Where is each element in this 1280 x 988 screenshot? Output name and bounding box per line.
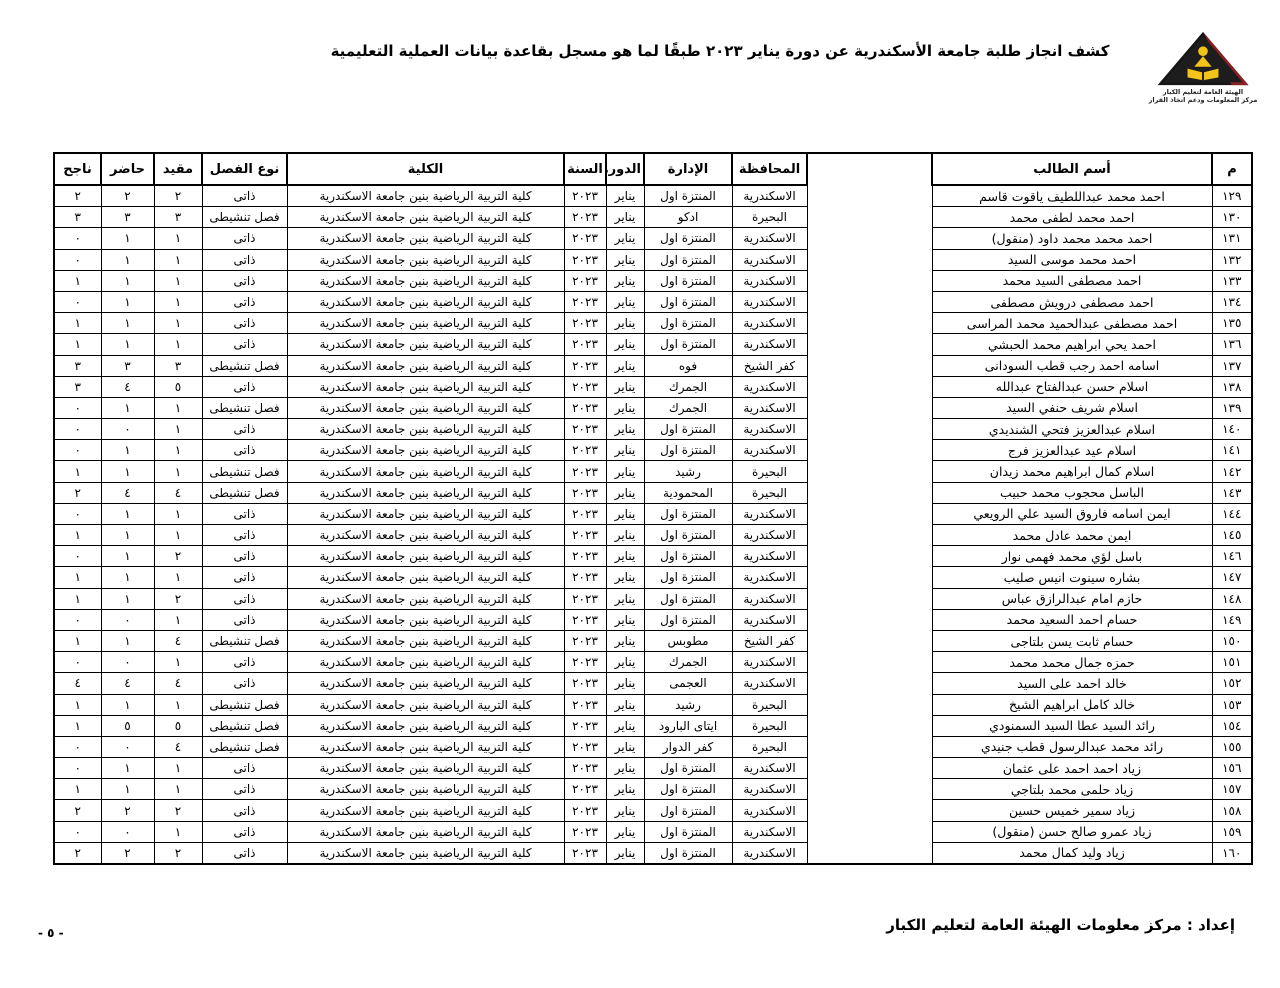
cell-attended: ١ <box>101 313 154 334</box>
cell-passed: ١ <box>54 588 101 609</box>
cell-spacer <box>807 185 932 207</box>
cell-admin: المنتزة اول <box>644 270 732 291</box>
table-row: ١٥٥رائد محمد عبدالرسول قطب جنيديالبحيرةك… <box>54 736 1252 757</box>
cell-attended: ٤ <box>101 482 154 503</box>
cell-spacer <box>807 800 932 821</box>
cell-spacer <box>807 228 932 249</box>
cell-passed: ١ <box>54 694 101 715</box>
cell-session: يناير <box>606 334 644 355</box>
table-row: ١٥٣خالد كامل ابراهيم الشيخالبحيرةرشيدينا… <box>54 694 1252 715</box>
cell-session: يناير <box>606 313 644 334</box>
cell-session: يناير <box>606 758 644 779</box>
cell-name: احمد يحي ابراهيم محمد الحبشي <box>932 334 1212 355</box>
cell-no: ١٣٩ <box>1212 397 1252 418</box>
cell-no: ١٥٢ <box>1212 673 1252 694</box>
cell-session: يناير <box>606 270 644 291</box>
cell-gov: الاسكندرية <box>732 419 807 440</box>
cell-passed: ٢ <box>54 800 101 821</box>
cell-passed: ٠ <box>54 503 101 524</box>
cell-name: باسل لؤي محمد فهمى نوار <box>932 546 1212 567</box>
cell-college: كلية التربية الرياضية بنين جامعة الاسكند… <box>287 630 564 651</box>
cell-passed: ١ <box>54 567 101 588</box>
cell-passed: ١ <box>54 715 101 736</box>
cell-college: كلية التربية الرياضية بنين جامعة الاسكند… <box>287 779 564 800</box>
cell-admin: المنتزة اول <box>644 800 732 821</box>
cell-session: يناير <box>606 630 644 651</box>
cell-gov: الاسكندرية <box>732 525 807 546</box>
cell-enrolled: ٤ <box>154 482 202 503</box>
cell-attended: ٠ <box>101 652 154 673</box>
header-administration: الإدارة <box>644 153 732 185</box>
cell-passed: ٠ <box>54 736 101 757</box>
cell-year: ٢٠٢٣ <box>564 419 606 440</box>
results-table-container: م أسم الطالب المحافظة الإدارة الدورة الس… <box>53 152 1253 865</box>
cell-college: كلية التربية الرياضية بنين جامعة الاسكند… <box>287 334 564 355</box>
results-table: م أسم الطالب المحافظة الإدارة الدورة الس… <box>53 152 1253 865</box>
cell-college: كلية التربية الرياضية بنين جامعة الاسكند… <box>287 185 564 207</box>
cell-name: زياد احمد احمد على عثمان <box>932 758 1212 779</box>
cell-spacer <box>807 291 932 312</box>
logo-center-name: مركز المعلومات ودعم اتخاذ القرار <box>1148 96 1258 104</box>
cell-college: كلية التربية الرياضية بنين جامعة الاسكند… <box>287 758 564 779</box>
cell-enrolled: ١ <box>154 228 202 249</box>
cell-spacer <box>807 630 932 651</box>
cell-no: ١٢٩ <box>1212 185 1252 207</box>
cell-enrolled: ١ <box>154 758 202 779</box>
cell-college: كلية التربية الرياضية بنين جامعة الاسكند… <box>287 503 564 524</box>
cell-admin: رشيد <box>644 461 732 482</box>
cell-admin: المنتزة اول <box>644 503 732 524</box>
cell-attended: ١ <box>101 228 154 249</box>
cell-session: يناير <box>606 355 644 376</box>
cell-gov: الاسكندرية <box>732 228 807 249</box>
cell-type: ذاتى <box>202 779 287 800</box>
cell-type: فصل تنشيطى <box>202 694 287 715</box>
cell-name: احمد مصطفى السيد محمد <box>932 270 1212 291</box>
table-row: ١٣٣احمد مصطفى السيد محمدالاسكندريةالمنتز… <box>54 270 1252 291</box>
header-attended: حاضر <box>101 153 154 185</box>
cell-admin: المنتزة اول <box>644 249 732 270</box>
cell-spacer <box>807 270 932 291</box>
cell-type: ذاتى <box>202 821 287 842</box>
cell-year: ٢٠٢٣ <box>564 185 606 207</box>
cell-spacer <box>807 355 932 376</box>
cell-name: احمد مصطفى عبدالحميد محمد المراسى <box>932 313 1212 334</box>
cell-year: ٢٠٢٣ <box>564 630 606 651</box>
cell-attended: ١ <box>101 249 154 270</box>
cell-year: ٢٠٢٣ <box>564 800 606 821</box>
cell-session: يناير <box>606 461 644 482</box>
cell-year: ٢٠٢٣ <box>564 546 606 567</box>
cell-type: ذاتى <box>202 440 287 461</box>
cell-session: يناير <box>606 503 644 524</box>
cell-year: ٢٠٢٣ <box>564 207 606 228</box>
cell-spacer <box>807 525 932 546</box>
cell-college: كلية التربية الرياضية بنين جامعة الاسكند… <box>287 842 564 864</box>
cell-admin: ادكو <box>644 207 732 228</box>
cell-passed: ١ <box>54 334 101 355</box>
table-row: ١٤٣الباسل محجوب محمد حبيبالبحيرةالمحمودي… <box>54 482 1252 503</box>
cell-enrolled: ١ <box>154 440 202 461</box>
cell-gov: الاسكندرية <box>732 270 807 291</box>
cell-name: حازم امام عبدالرازق عباس <box>932 588 1212 609</box>
cell-passed: ٢ <box>54 185 101 207</box>
cell-passed: ٣ <box>54 355 101 376</box>
cell-passed: ٣ <box>54 207 101 228</box>
table-header-row: م أسم الطالب المحافظة الإدارة الدورة الس… <box>54 153 1252 185</box>
cell-college: كلية التربية الرياضية بنين جامعة الاسكند… <box>287 567 564 588</box>
header-student-name: أسم الطالب <box>932 153 1212 185</box>
cell-type: ذاتى <box>202 291 287 312</box>
cell-college: كلية التربية الرياضية بنين جامعة الاسكند… <box>287 673 564 694</box>
cell-attended: ٠ <box>101 609 154 630</box>
cell-attended: ٠ <box>101 821 154 842</box>
cell-session: يناير <box>606 185 644 207</box>
cell-passed: ٠ <box>54 249 101 270</box>
cell-passed: ٠ <box>54 228 101 249</box>
cell-name: حمزه جمال محمد محمد <box>932 652 1212 673</box>
cell-name: رائد السيد عطا السيد السمنودي <box>932 715 1212 736</box>
cell-gov: الاسكندرية <box>732 291 807 312</box>
cell-session: يناير <box>606 376 644 397</box>
cell-name: احمد مصطفى درويش مصطفى <box>932 291 1212 312</box>
cell-attended: ٢ <box>101 842 154 864</box>
table-row: ١٥٩زياد عمرو صالح حسن (منقول)الاسكندريةا… <box>54 821 1252 842</box>
header-year: السنة <box>564 153 606 185</box>
cell-enrolled: ٥ <box>154 376 202 397</box>
cell-gov: الاسكندرية <box>732 652 807 673</box>
cell-enrolled: ١ <box>154 503 202 524</box>
cell-enrolled: ٤ <box>154 736 202 757</box>
cell-spacer <box>807 397 932 418</box>
cell-attended: ١ <box>101 291 154 312</box>
cell-no: ١٥٤ <box>1212 715 1252 736</box>
cell-session: يناير <box>606 715 644 736</box>
table-row: ١٥٠حسام ثابت يسن بلتاجىكفر الشيخمطوبسينا… <box>54 630 1252 651</box>
cell-session: يناير <box>606 800 644 821</box>
cell-type: ذاتى <box>202 525 287 546</box>
cell-college: كلية التربية الرياضية بنين جامعة الاسكند… <box>287 313 564 334</box>
table-row: ١٤١اسلام عيد عبدالعزيز فرجالاسكندريةالمن… <box>54 440 1252 461</box>
table-row: ١٣٠احمد محمد لطفى محمدالبحيرةادكويناير٢٠… <box>54 207 1252 228</box>
cell-attended: ١ <box>101 270 154 291</box>
cell-name: خالد كامل ابراهيم الشيخ <box>932 694 1212 715</box>
cell-gov: كفر الشيخ <box>732 630 807 651</box>
cell-gov: الاسكندرية <box>732 758 807 779</box>
cell-spacer <box>807 609 932 630</box>
cell-spacer <box>807 758 932 779</box>
cell-spacer <box>807 419 932 440</box>
cell-enrolled: ٣ <box>154 355 202 376</box>
cell-enrolled: ١ <box>154 694 202 715</box>
cell-no: ١٣٧ <box>1212 355 1252 376</box>
page-title: كشف انجاز طلبة جامعة الأسكندرية عن دورة … <box>300 42 1140 60</box>
cell-passed: ١ <box>54 270 101 291</box>
cell-name: احمد محمد محمد داود (منقول) <box>932 228 1212 249</box>
cell-name: زياد حلمى محمد بلتاجي <box>932 779 1212 800</box>
cell-type: ذاتى <box>202 588 287 609</box>
cell-gov: البحيرة <box>732 694 807 715</box>
cell-enrolled: ١ <box>154 397 202 418</box>
cell-admin: المنتزة اول <box>644 185 732 207</box>
cell-admin: المحمودية <box>644 482 732 503</box>
cell-admin: المنتزة اول <box>644 842 732 864</box>
cell-spacer <box>807 588 932 609</box>
cell-year: ٢٠٢٣ <box>564 440 606 461</box>
table-row: ١٣٤احمد مصطفى درويش مصطفىالاسكندريةالمنت… <box>54 291 1252 312</box>
cell-session: يناير <box>606 673 644 694</box>
cell-gov: الاسكندرية <box>732 800 807 821</box>
cell-enrolled: ١ <box>154 313 202 334</box>
cell-session: يناير <box>606 291 644 312</box>
cell-spacer <box>807 546 932 567</box>
cell-session: يناير <box>606 736 644 757</box>
table-row: ١٥٨زياد سمير خميس حسينالاسكندريةالمنتزة … <box>54 800 1252 821</box>
cell-gov: البحيرة <box>732 461 807 482</box>
cell-no: ١٥٣ <box>1212 694 1252 715</box>
cell-attended: ١ <box>101 567 154 588</box>
cell-session: يناير <box>606 779 644 800</box>
cell-spacer <box>807 736 932 757</box>
cell-no: ١٣٨ <box>1212 376 1252 397</box>
cell-college: كلية التربية الرياضية بنين جامعة الاسكند… <box>287 249 564 270</box>
cell-name: اسلام حسن عبدالفتاح عبدالله <box>932 376 1212 397</box>
cell-admin: المنتزة اول <box>644 609 732 630</box>
cell-name: احمد محمد موسى السيد <box>932 249 1212 270</box>
cell-no: ١٤٩ <box>1212 609 1252 630</box>
cell-attended: ٠ <box>101 419 154 440</box>
cell-college: كلية التربية الرياضية بنين جامعة الاسكند… <box>287 800 564 821</box>
cell-attended: ٥ <box>101 715 154 736</box>
cell-session: يناير <box>606 440 644 461</box>
cell-spacer <box>807 652 932 673</box>
cell-attended: ٠ <box>101 736 154 757</box>
cell-gov: الاسكندرية <box>732 821 807 842</box>
table-row: ١٤٦باسل لؤي محمد فهمى نوارالاسكندريةالمن… <box>54 546 1252 567</box>
cell-enrolled: ٢ <box>154 842 202 864</box>
cell-passed: ٤ <box>54 673 101 694</box>
cell-enrolled: ١ <box>154 525 202 546</box>
header-college: الكلية <box>287 153 564 185</box>
cell-attended: ٣ <box>101 207 154 228</box>
cell-enrolled: ١ <box>154 779 202 800</box>
cell-enrolled: ٢ <box>154 588 202 609</box>
cell-passed: ١ <box>54 525 101 546</box>
cell-type: ذاتى <box>202 800 287 821</box>
cell-type: فصل تنشيطى <box>202 482 287 503</box>
cell-gov: الاسكندرية <box>732 567 807 588</box>
cell-admin: الجمرك <box>644 397 732 418</box>
cell-admin: المنتزة اول <box>644 525 732 546</box>
cell-no: ١٣٦ <box>1212 334 1252 355</box>
cell-gov: البحيرة <box>732 715 807 736</box>
cell-gov: الاسكندرية <box>732 503 807 524</box>
cell-spacer <box>807 440 932 461</box>
cell-no: ١٤٨ <box>1212 588 1252 609</box>
cell-no: ١٣٤ <box>1212 291 1252 312</box>
cell-no: ١٥٨ <box>1212 800 1252 821</box>
cell-year: ٢٠٢٣ <box>564 503 606 524</box>
cell-name: اسامه احمد رجب قطب السودانى <box>932 355 1212 376</box>
cell-passed: ١ <box>54 779 101 800</box>
cell-name: ايمن اسامه فاروق السيد علي الرويعي <box>932 503 1212 524</box>
cell-name: حسام احمد السعيد محمد <box>932 609 1212 630</box>
cell-year: ٢٠٢٣ <box>564 355 606 376</box>
cell-gov: البحيرة <box>732 736 807 757</box>
cell-type: فصل تنشيطى <box>202 207 287 228</box>
cell-session: يناير <box>606 652 644 673</box>
cell-type: فصل تنشيطى <box>202 630 287 651</box>
cell-admin: المنتزة اول <box>644 291 732 312</box>
cell-name: الباسل محجوب محمد حبيب <box>932 482 1212 503</box>
cell-no: ١٣٣ <box>1212 270 1252 291</box>
cell-session: يناير <box>606 482 644 503</box>
cell-passed: ٠ <box>54 821 101 842</box>
cell-college: كلية التربية الرياضية بنين جامعة الاسكند… <box>287 694 564 715</box>
cell-college: كلية التربية الرياضية بنين جامعة الاسكند… <box>287 207 564 228</box>
cell-spacer <box>807 461 932 482</box>
table-row: ١٥١حمزه جمال محمد محمدالاسكندريةالجمركين… <box>54 652 1252 673</box>
cell-attended: ٢ <box>101 185 154 207</box>
header-session: الدورة <box>606 153 644 185</box>
cell-gov: الاسكندرية <box>732 842 807 864</box>
cell-name: زياد سمير خميس حسين <box>932 800 1212 821</box>
header-spacer <box>807 153 932 185</box>
cell-name: اسلام شريف حنفي السيد <box>932 397 1212 418</box>
cell-attended: ١ <box>101 461 154 482</box>
cell-spacer <box>807 715 932 736</box>
cell-type: ذاتى <box>202 758 287 779</box>
cell-name: احمد محمد عبداللطيف ياقوت قاسم <box>932 185 1212 207</box>
document-page: كشف انجاز طلبة جامعة الأسكندرية عن دورة … <box>0 0 1280 988</box>
cell-passed: ٢ <box>54 482 101 503</box>
cell-passed: ٠ <box>54 609 101 630</box>
cell-no: ١٥٠ <box>1212 630 1252 651</box>
table-row: ١٣٩اسلام شريف حنفي السيدالاسكندريةالجمرك… <box>54 397 1252 418</box>
cell-name: خالد احمد على السيد <box>932 673 1212 694</box>
organization-logo: الهيئة العامة لتعليم الكبار مركز المعلوم… <box>1148 30 1258 104</box>
cell-admin: المنتزة اول <box>644 588 732 609</box>
cell-no: ١٤٤ <box>1212 503 1252 524</box>
cell-type: ذاتى <box>202 567 287 588</box>
table-row: ١٣٢احمد محمد موسى السيدالاسكندريةالمنتزة… <box>54 249 1252 270</box>
header-enrolled: مقيد <box>154 153 202 185</box>
cell-admin: رشيد <box>644 694 732 715</box>
table-row: ١٥٢خالد احمد على السيدالاسكندريةالعجمىين… <box>54 673 1252 694</box>
cell-type: ذاتى <box>202 609 287 630</box>
table-row: ١٤٧بشاره سينوت انيس صليبالاسكندريةالمنتز… <box>54 567 1252 588</box>
cell-year: ٢٠٢٣ <box>564 291 606 312</box>
cell-type: فصل تنشيطى <box>202 461 287 482</box>
cell-college: كلية التربية الرياضية بنين جامعة الاسكند… <box>287 546 564 567</box>
cell-gov: الاسكندرية <box>732 249 807 270</box>
cell-year: ٢٠٢٣ <box>564 694 606 715</box>
cell-college: كلية التربية الرياضية بنين جامعة الاسكند… <box>287 440 564 461</box>
cell-year: ٢٠٢٣ <box>564 567 606 588</box>
cell-enrolled: ١ <box>154 567 202 588</box>
cell-attended: ١ <box>101 694 154 715</box>
cell-college: كلية التربية الرياضية بنين جامعة الاسكند… <box>287 652 564 673</box>
cell-name: رائد محمد عبدالرسول قطب جنيدي <box>932 736 1212 757</box>
table-row: ١٥٧زياد حلمى محمد بلتاجيالاسكندريةالمنتز… <box>54 779 1252 800</box>
table-row: ١٣٨اسلام حسن عبدالفتاح عبداللهالاسكندرية… <box>54 376 1252 397</box>
cell-session: يناير <box>606 546 644 567</box>
cell-spacer <box>807 503 932 524</box>
cell-no: ١٥١ <box>1212 652 1252 673</box>
cell-enrolled: ٥ <box>154 715 202 736</box>
table-row: ١٤٤ايمن اسامه فاروق السيد علي الرويعيالا… <box>54 503 1252 524</box>
cell-college: كلية التربية الرياضية بنين جامعة الاسكند… <box>287 397 564 418</box>
cell-year: ٢٠٢٣ <box>564 779 606 800</box>
cell-year: ٢٠٢٣ <box>564 758 606 779</box>
header-no: م <box>1212 153 1252 185</box>
cell-no: ١٤٧ <box>1212 567 1252 588</box>
cell-enrolled: ١ <box>154 652 202 673</box>
table-row: ١٣٦احمد يحي ابراهيم محمد الحبشيالاسكندري… <box>54 334 1252 355</box>
cell-enrolled: ٢ <box>154 800 202 821</box>
cell-year: ٢٠٢٣ <box>564 715 606 736</box>
cell-enrolled: ٢ <box>154 546 202 567</box>
cell-year: ٢٠٢٣ <box>564 482 606 503</box>
cell-attended: ١ <box>101 503 154 524</box>
cell-spacer <box>807 567 932 588</box>
cell-enrolled: ١ <box>154 609 202 630</box>
cell-no: ١٥٦ <box>1212 758 1252 779</box>
cell-passed: ٠ <box>54 291 101 312</box>
cell-year: ٢٠٢٣ <box>564 652 606 673</box>
cell-year: ٢٠٢٣ <box>564 270 606 291</box>
cell-spacer <box>807 376 932 397</box>
cell-year: ٢٠٢٣ <box>564 228 606 249</box>
cell-admin: المنتزة اول <box>644 419 732 440</box>
cell-type: ذاتى <box>202 842 287 864</box>
cell-college: كلية التربية الرياضية بنين جامعة الاسكند… <box>287 355 564 376</box>
cell-year: ٢٠٢٣ <box>564 397 606 418</box>
cell-name: ايمن محمد عادل محمد <box>932 525 1212 546</box>
cell-admin: الجمرك <box>644 652 732 673</box>
cell-college: كلية التربية الرياضية بنين جامعة الاسكند… <box>287 376 564 397</box>
cell-attended: ١ <box>101 758 154 779</box>
cell-year: ٢٠٢٣ <box>564 821 606 842</box>
cell-passed: ٠ <box>54 440 101 461</box>
table-row: ١٢٩احمد محمد عبداللطيف ياقوت قاسمالاسكند… <box>54 185 1252 207</box>
cell-gov: كفر الشيخ <box>732 355 807 376</box>
cell-college: كلية التربية الرياضية بنين جامعة الاسكند… <box>287 419 564 440</box>
cell-college: كلية التربية الرياضية بنين جامعة الاسكند… <box>287 228 564 249</box>
cell-name: بشاره سينوت انيس صليب <box>932 567 1212 588</box>
cell-admin: المنتزة اول <box>644 334 732 355</box>
cell-college: كلية التربية الرياضية بنين جامعة الاسكند… <box>287 270 564 291</box>
cell-type: ذاتى <box>202 313 287 334</box>
cell-enrolled: ٤ <box>154 673 202 694</box>
cell-passed: ٠ <box>54 758 101 779</box>
cell-college: كلية التربية الرياضية بنين جامعة الاسكند… <box>287 588 564 609</box>
cell-no: ١٣٥ <box>1212 313 1252 334</box>
table-row: ١٦٠زياد وليد كمال محمدالاسكندريةالمنتزة … <box>54 842 1252 864</box>
cell-no: ١٣٢ <box>1212 249 1252 270</box>
cell-year: ٢٠٢٣ <box>564 609 606 630</box>
cell-passed: ٠ <box>54 652 101 673</box>
cell-admin: كفر الدوار <box>644 736 732 757</box>
cell-attended: ٤ <box>101 376 154 397</box>
cell-session: يناير <box>606 207 644 228</box>
cell-type: ذاتى <box>202 376 287 397</box>
cell-type: ذاتى <box>202 228 287 249</box>
cell-admin: الجمرك <box>644 376 732 397</box>
table-row: ١٣٥احمد مصطفى عبدالحميد محمد المراسىالاس… <box>54 313 1252 334</box>
cell-name: زياد وليد كمال محمد <box>932 842 1212 864</box>
cell-name: زياد عمرو صالح حسن (منقول) <box>932 821 1212 842</box>
